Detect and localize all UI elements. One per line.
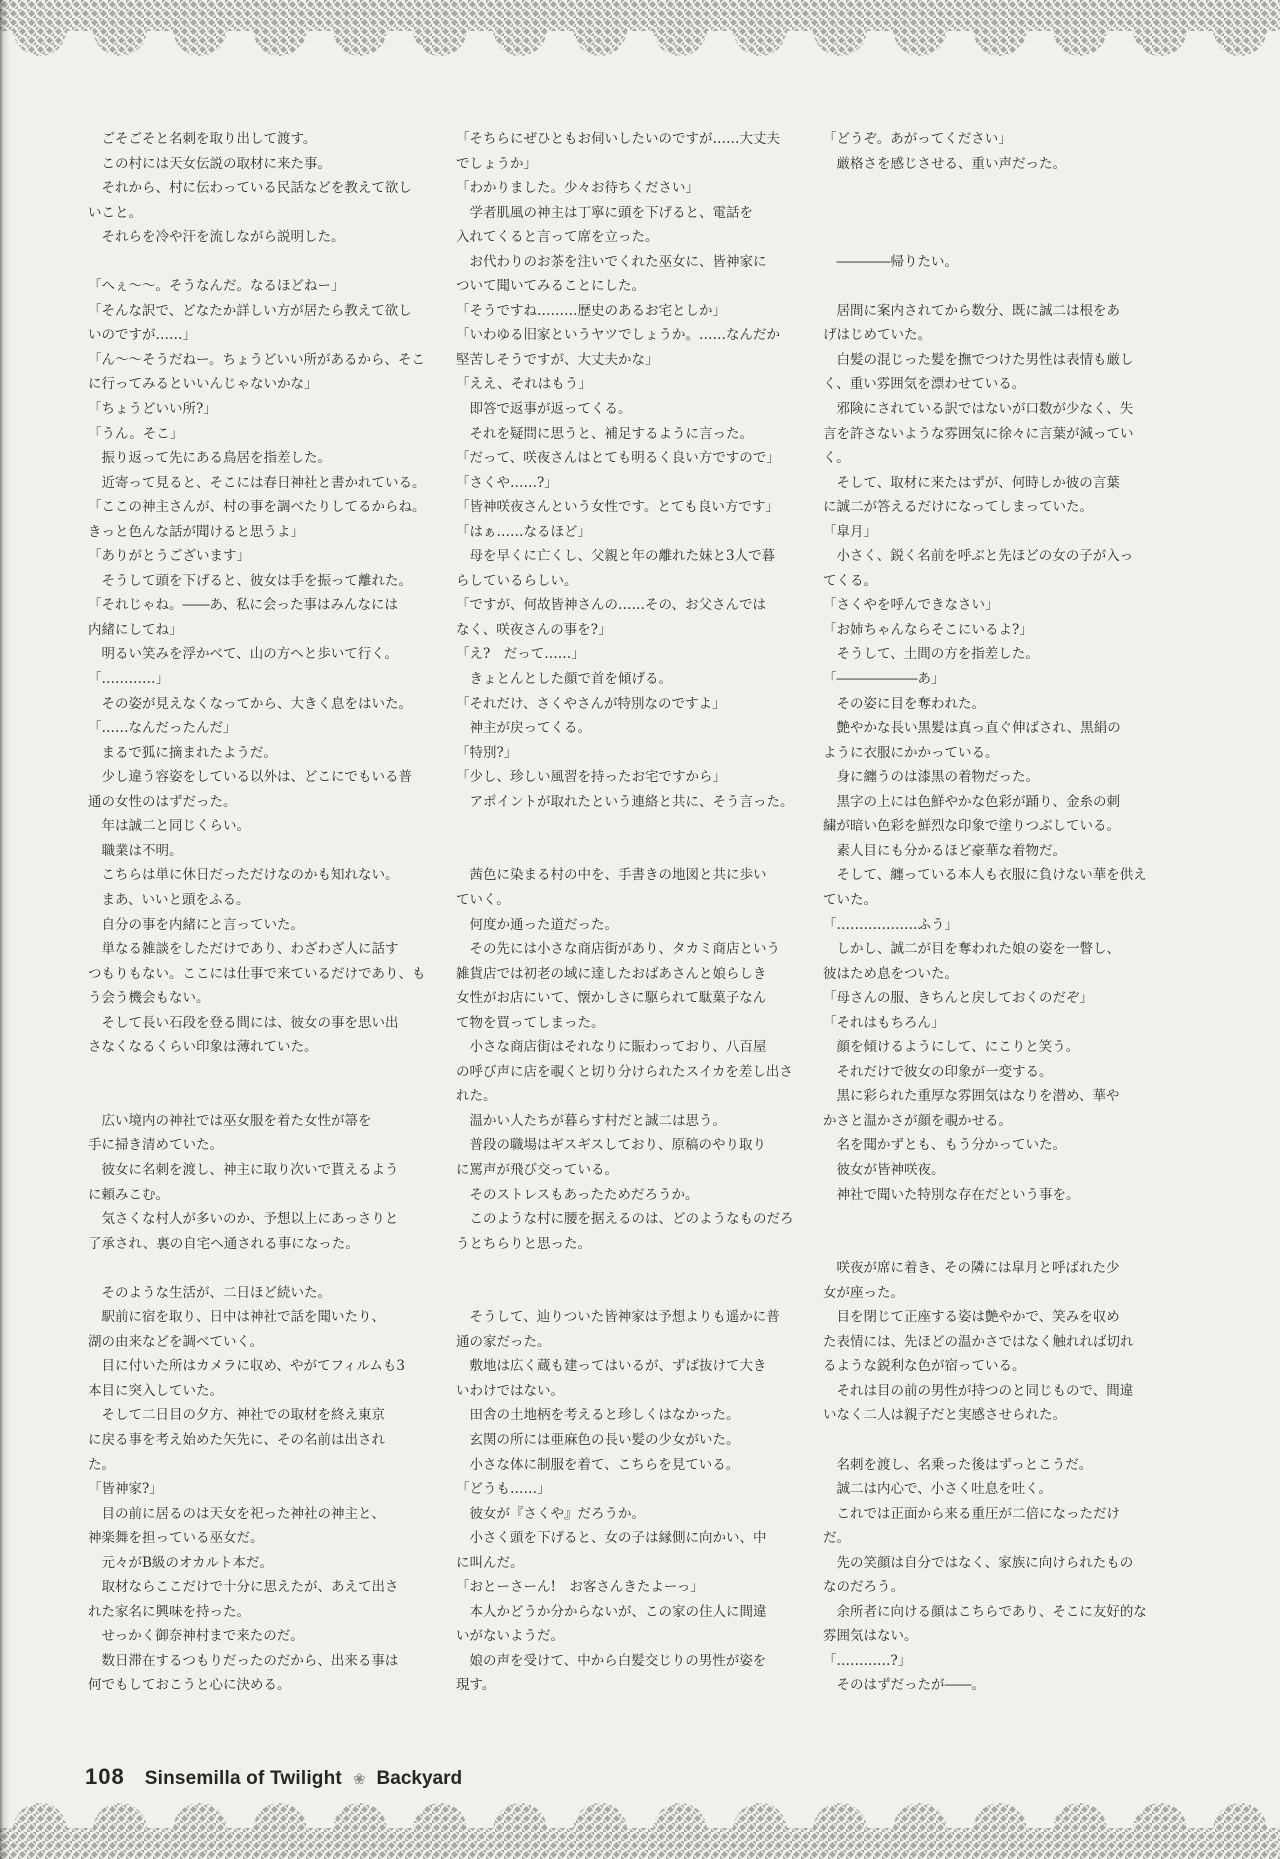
text-line: いなく二人は親子だと実感させられた。 <box>823 1403 1139 1428</box>
text-line: 誠二は内心で、小さく吐息を吐く。 <box>823 1477 1139 1502</box>
text-line: らしているらしい。 <box>456 569 772 594</box>
text-line <box>456 1256 772 1281</box>
text-line: ように衣服にかかっている。 <box>823 741 1139 766</box>
text-line: 彼女に名刺を渡し、神主に取り次いで貰えるよう <box>88 1158 404 1183</box>
text-line: 現す。 <box>456 1673 772 1698</box>
text-line: 白髪の混じった髪を撫でつけた男性は表情も厳し <box>823 348 1139 373</box>
text-line: そうして、辿りついた皆神家は予想よりも遥かに普 <box>456 1305 772 1330</box>
text-line: 黒に彩られた重厚な雰囲気はなりを潜め、華や <box>823 1084 1139 1109</box>
text-line: 「それじゃね。――あ、私に会った事はみんなには <box>88 593 404 618</box>
text-line: そして、纏っている本人も衣服に負けない華を供え <box>823 863 1139 888</box>
text-line: るような鋭利な色が宿っている。 <box>823 1354 1139 1379</box>
text-line: 茜色に染まる村の中を、手書きの地図と共に歩い <box>456 863 772 888</box>
text-line: 少し違う容姿をしている以外は、どこにでもいる普 <box>88 765 404 790</box>
text-line: その姿に目を奪われた。 <box>823 692 1139 717</box>
text-line: いのですが……」 <box>88 323 404 348</box>
text-line: 母を早くに亡くし、父親と年の離れた妹と3人で暮 <box>456 544 772 569</box>
text-line: 入れてくると言って席を立った。 <box>456 225 772 250</box>
text-line: 小さく頭を下げると、女の子は縁側に向かい、中 <box>456 1526 772 1551</box>
text-line: 娘の声を受けて、中から白髪交じりの男性が姿を <box>456 1649 772 1674</box>
text-line: それは目の前の男性が持つのと同じもので、間違 <box>823 1379 1139 1404</box>
text-line: 「――――――あ」 <box>823 667 1139 692</box>
text-line: そうして、土間の方を指差した。 <box>823 642 1139 667</box>
text-line: そのはずだったが――。 <box>823 1673 1139 1698</box>
text-line: た。 <box>88 1453 404 1478</box>
text-line: さなくなるくらい印象は薄れていた。 <box>88 1035 404 1060</box>
text-line: 「ええ、それはもう」 <box>456 372 772 397</box>
text-line: 彼はため息をついた。 <box>823 962 1139 987</box>
book-title: Sinsemilla of Twilight <box>145 1768 342 1790</box>
text-line: 「少し、珍しい風習を持ったお宅ですから」 <box>456 765 772 790</box>
text-line: 明るい笑みを浮かべて、山の方へと歩いて行く。 <box>88 642 404 667</box>
text-line: 本人かどうか分からないが、この家の住人に間違 <box>456 1600 772 1625</box>
page-footer: 108 Sinsemilla of Twilight ❀ Backyard <box>85 1764 462 1790</box>
text-line <box>456 839 772 864</box>
text-line: いこと。 <box>88 201 404 226</box>
text-line: きょとんとした顔で首を傾げる。 <box>456 667 772 692</box>
text-line: 何でもしておこうと心に決める。 <box>88 1673 404 1698</box>
text-line: こちらは単に休日だっただけなのかも知れない。 <box>88 863 404 888</box>
text-line: 駅前に宿を取り、日中は神社で話を聞いたり、 <box>88 1305 404 1330</box>
text-line: 内緒にしてね」 <box>88 618 404 643</box>
text-line <box>456 814 772 839</box>
section-title: Backyard <box>377 1768 463 1790</box>
text-line: に頼みこむ。 <box>88 1183 404 1208</box>
book-page: ごそごそと名刺を取り出して渡す。 この村には天女伝説の取材に来た事。 それから、… <box>0 0 1280 1859</box>
text-line: なく、咲夜さんの事を?」 <box>456 618 772 643</box>
text-line: 「だって、咲夜さんはとても明るく良い方ですので」 <box>456 446 772 471</box>
text-line <box>823 225 1139 250</box>
text-line <box>456 1281 772 1306</box>
text-line: 「皆神家?」 <box>88 1477 404 1502</box>
text-line: 素人目にも分かるほど豪華な着物だ。 <box>823 839 1139 864</box>
text-line: まあ、いいと頭をふる。 <box>88 888 404 913</box>
text-line: これでは正面から来る重圧が二倍になっただけ <box>823 1502 1139 1527</box>
text-line: いわけではない。 <box>456 1379 772 1404</box>
text-line: 神社で聞いた特別な存在だという事を。 <box>823 1183 1139 1208</box>
text-line: 「ありがとうございます」 <box>88 544 404 569</box>
text-line: 本目に突入していた。 <box>88 1379 404 1404</box>
text-line: このような村に腰を据えるのは、どのようなものだろ <box>456 1207 772 1232</box>
text-line: 言を許さないような雰囲気に徐々に言葉が減ってい <box>823 422 1139 447</box>
text-line: それらを冷や汗を流しながら説明した。 <box>88 225 404 250</box>
text-line: 「お姉ちゃんならそこにいるよ?」 <box>823 618 1139 643</box>
text-line: 彼女が皆神咲夜。 <box>823 1158 1139 1183</box>
text-line: 邪険にされている訳ではないが口数が少なく、失 <box>823 397 1139 422</box>
text-line: そうして頭を下げると、彼女は手を振って離れた。 <box>88 569 404 594</box>
text-line: だ。 <box>823 1526 1139 1551</box>
text-line <box>88 1084 404 1109</box>
text-line: 学者肌風の神主は丁寧に頭を下げると、電話を <box>456 201 772 226</box>
text-line: ――――帰りたい。 <box>823 250 1139 275</box>
flower-icon: ❀ <box>353 1770 366 1788</box>
page-edge-shadow <box>0 0 10 1859</box>
text-line: 小さく、鋭く名前を呼ぶと先ほどの女の子が入っ <box>823 544 1139 569</box>
text-line: 目に付いた所はカメラに収め、やがてフィルムも3 <box>88 1354 404 1379</box>
text-line: 広い境内の神社では巫女服を着た女性が箒を <box>88 1109 404 1134</box>
text-line: 「ん～～そうだねー。ちょうどいい所があるから、そこ <box>88 348 404 373</box>
text-line <box>823 201 1139 226</box>
text-line: 「ここの神主さんが、村の事を調べたりしてるからね。 <box>88 495 404 520</box>
text-line: 「皆神咲夜さんという女性です。とても良い方です」 <box>456 495 772 520</box>
text-line: きっと色んな話が聞けると思うよ」 <box>88 520 404 545</box>
text-line: 「それはもちろん」 <box>823 1011 1139 1036</box>
text-line: 取材ならここだけで十分に思えたが、あえて出さ <box>88 1575 404 1600</box>
text-line <box>823 1207 1139 1232</box>
lace-border-top <box>0 0 1280 56</box>
text-line: 女性がお店にいて、懐かしさに駆られて駄菓子なん <box>456 986 772 1011</box>
text-line: 即答で返事が返ってくる。 <box>456 397 772 422</box>
text-line: そのストレスもあったためだろうか。 <box>456 1183 772 1208</box>
text-line: ごそごそと名刺を取り出して渡す。 <box>88 127 404 152</box>
text-line: この村には天女伝説の取材に来た事。 <box>88 152 404 177</box>
text-line: 小さな商店街はそれなりに賑わっており、八百屋 <box>456 1035 772 1060</box>
text-line: 「ですが、何故皆神さんの……その、お父さんでは <box>456 593 772 618</box>
text-line: 振り返って先にある鳥居を指差した。 <box>88 446 404 471</box>
text-line: せっかく御奈神村まで来たのだ。 <box>88 1624 404 1649</box>
text-line: 気さくな村人が多いのか、予想以上にあっさりと <box>88 1207 404 1232</box>
text-line: 黒字の上には色鮮やかな色彩が踊り、金糸の刺 <box>823 790 1139 815</box>
text-line: 「そうですね………歴史のあるお宅としか」 <box>456 299 772 324</box>
text-line: それから、村に伝わっている民話などを教えて欲し <box>88 176 404 201</box>
text-line: げはじめていた。 <box>823 323 1139 348</box>
text-line: でしょうか」 <box>456 152 772 177</box>
text-line: 女が座った。 <box>823 1281 1139 1306</box>
text-line: 目の前に居るのは天女を祀った神社の神主と、 <box>88 1502 404 1527</box>
text-line: その先には小さな商店街があり、タカミ商店という <box>456 937 772 962</box>
text-column-2: 「そちらにぜひともお伺いしたいのですが……大丈夫でしょうか」「わかりました。少々… <box>456 127 772 1698</box>
text-line: 目を閉じて正座する姿は艶やかで、笑みを収め <box>823 1305 1139 1330</box>
text-line: 手に掃き清めていた。 <box>88 1133 404 1158</box>
text-line: 普段の職場はギスギスしており、原稿のやり取り <box>456 1133 772 1158</box>
text-line: 「え? だって……」 <box>456 642 772 667</box>
text-line <box>88 250 404 275</box>
text-line: 堅苦しそうですが、大丈夫かな」 <box>456 348 772 373</box>
text-line: た表情には、先ほどの温かさではなく触れれば切れ <box>823 1330 1139 1355</box>
text-line: く、重い雰囲気を漂わせている。 <box>823 372 1139 397</box>
text-line: 湖の由来などを調べていく。 <box>88 1330 404 1355</box>
text-line <box>823 274 1139 299</box>
text-line: 元々がB級のオカルト本だ。 <box>88 1551 404 1576</box>
text-line: そして、取材に来たはずが、何時しか彼の言葉 <box>823 471 1139 496</box>
text-line: ていく。 <box>456 888 772 913</box>
text-line: それだけで彼女の印象が一変する。 <box>823 1060 1139 1085</box>
text-line: に誠二が答えるだけになってしまっていた。 <box>823 495 1139 520</box>
text-line: 厳格さを感じさせる、重い声だった。 <box>823 152 1139 177</box>
text-line: お代わりのお茶を注いでくれた巫女に、皆神家に <box>456 250 772 275</box>
text-line: 職業は不明。 <box>88 839 404 864</box>
lace-border-bottom <box>0 1803 1280 1859</box>
text-line: 玄関の所には亜麻色の長い髪の少女がいた。 <box>456 1428 772 1453</box>
text-line: 「おとーさーん! お客さんきたよーっ」 <box>456 1575 772 1600</box>
text-line: れた。 <box>456 1084 772 1109</box>
text-line: 通の女性のはずだった。 <box>88 790 404 815</box>
text-line: 何度か通った道だった。 <box>456 913 772 938</box>
text-line: 「うん。そこ」 <box>88 422 404 447</box>
text-line: 居間に案内されてから数分、既に誠二は根をあ <box>823 299 1139 324</box>
text-line: 了承され、裏の自宅へ通される事になった。 <box>88 1232 404 1257</box>
page-number: 108 <box>85 1764 125 1790</box>
text-line: 小さな体に制服を着て、こちらを見ている。 <box>456 1453 772 1478</box>
text-line: 顔を傾けるようにして、にこりと笑う。 <box>823 1035 1139 1060</box>
text-line: 通の家だった。 <box>456 1330 772 1355</box>
text-line: 近寄って見ると、そこには春日神社と書かれている。 <box>88 471 404 496</box>
text-line: 「…………?」 <box>823 1649 1139 1674</box>
text-line: 「さくやを呼んできなさい」 <box>823 593 1139 618</box>
text-line: かさと温かさが顔を覗かせる。 <box>823 1109 1139 1134</box>
text-line: 「どうも……」 <box>456 1477 772 1502</box>
text-line: その姿が見えなくなってから、大きく息をはいた。 <box>88 692 404 717</box>
text-line: 「どうぞ。あがってください」 <box>823 127 1139 152</box>
text-line: 自分の事を内緒にと言っていた。 <box>88 913 404 938</box>
text-line <box>823 176 1139 201</box>
text-line: く。 <box>823 446 1139 471</box>
text-line: に罵声が飛び交っている。 <box>456 1158 772 1183</box>
text-line <box>823 1232 1139 1257</box>
text-line: 神楽舞を担っている巫女だ。 <box>88 1526 404 1551</box>
text-line: 先の笑顔は自分ではなく、家族に向けられたもの <box>823 1551 1139 1576</box>
text-column-3: 「どうぞ。あがってください」 厳格さを感じさせる、重い声だった。 ――――帰りた… <box>823 127 1139 1698</box>
text-line: 「…………」 <box>88 667 404 692</box>
text-line: 「はぁ……なるほど」 <box>456 520 772 545</box>
text-line: 田舎の土地柄を考えると珍しくはなかった。 <box>456 1403 772 1428</box>
text-line: 「いわゆる旧家というヤツでしょうか。……なんだか <box>456 323 772 348</box>
text-line: 名を聞かずとも、もう分かっていた。 <box>823 1133 1139 1158</box>
text-line: の呼び声に店を覗くと切り分けられたスイカを差し出さ <box>456 1060 772 1085</box>
text-line: 繍が暗い色彩を鮮烈な印象で塗りつぶしている。 <box>823 814 1139 839</box>
text-line: 「それだけ、さくやさんが特別なのですよ」 <box>456 692 772 717</box>
text-line: に戻る事を考え始めた矢先に、その名前は出され <box>88 1428 404 1453</box>
text-line: そして長い石段を登る間には、彼女の事を思い出 <box>88 1011 404 1036</box>
text-line: なのだろう。 <box>823 1575 1139 1600</box>
text-line: 数日滞在するつもりだったのだから、出来る事は <box>88 1649 404 1674</box>
text-line: アポイントが取れたという連絡と共に、そう言った。 <box>456 790 772 815</box>
text-line <box>823 1428 1139 1453</box>
text-line: そして二日目の夕方、神社での取材を終え東京 <box>88 1403 404 1428</box>
text-line: 「皐月」 <box>823 520 1139 545</box>
text-line: 単なる雑談をしただけであり、わざわざ人に話す <box>88 937 404 962</box>
text-line: 名刺を渡し、名乗った後はずっとこうだ。 <box>823 1453 1139 1478</box>
text-line: 「へぇ～～。そうなんだ。なるほどねー」 <box>88 274 404 299</box>
text-line: いがないようだ。 <box>456 1624 772 1649</box>
text-line: てくる。 <box>823 569 1139 594</box>
text-line: まるで狐に摘まれたようだ。 <box>88 741 404 766</box>
text-line: に叫んだ。 <box>456 1551 772 1576</box>
text-line <box>88 1060 404 1085</box>
text-line: うとちらりと思った。 <box>456 1232 772 1257</box>
text-line: れた家名に興味を持った。 <box>88 1600 404 1625</box>
text-line: ついて聞いてみることにした。 <box>456 274 772 299</box>
text-line: 「そんな訳で、どなたか詳しい方が居たら教えて欲し <box>88 299 404 324</box>
text-line: 神主が戻ってくる。 <box>456 716 772 741</box>
text-line: 温かい人たちが暮らす村だと誠二は思う。 <box>456 1109 772 1134</box>
text-line: う会う機会もない。 <box>88 986 404 1011</box>
text-line: ていた。 <box>823 888 1139 913</box>
text-line: 「わかりました。少々お待ちください」 <box>456 176 772 201</box>
text-line: 艶やかな長い黒髪は真っ直ぐ伸ばされ、黒絹の <box>823 716 1139 741</box>
text-line: 「母さんの服、きちんと戻しておくのだぞ」 <box>823 986 1139 1011</box>
text-line: 「特別?」 <box>456 741 772 766</box>
text-line: 「………………ふう」 <box>823 913 1139 938</box>
text-line: 「……なんだったんだ」 <box>88 716 404 741</box>
text-line: 身に纏うのは漆黒の着物だった。 <box>823 765 1139 790</box>
text-line: 咲夜が席に着き、その隣には皐月と呼ばれた少 <box>823 1256 1139 1281</box>
text-line: 雰囲気はない。 <box>823 1624 1139 1649</box>
text-line: それを疑問に思うと、補足するように言った。 <box>456 422 772 447</box>
text-line: 余所者に向ける顔はこちらであり、そこに友好的な <box>823 1600 1139 1625</box>
text-line: 彼女が『さくや』だろうか。 <box>456 1502 772 1527</box>
text-line: 敷地は広く蔵も建ってはいるが、ずば抜けて大き <box>456 1354 772 1379</box>
text-line: に行ってみるといいんじゃないかな」 <box>88 372 404 397</box>
text-line: そのような生活が、二日ほど続いた。 <box>88 1281 404 1306</box>
text-line: 「ちょうどいい所?」 <box>88 397 404 422</box>
text-line: 「さくや……?」 <box>456 471 772 496</box>
text-line: て物を買ってしまった。 <box>456 1011 772 1036</box>
text-line: しかし、誠二が目を奪われた娘の姿を一瞥し、 <box>823 937 1139 962</box>
text-line: つもりもない。ここには仕事で来ているだけであり、も <box>88 962 404 987</box>
text-line: 雑貨店では初老の域に達したおばあさんと娘らしき <box>456 962 772 987</box>
text-column-1: ごそごそと名刺を取り出して渡す。 この村には天女伝説の取材に来た事。 それから、… <box>88 127 404 1698</box>
text-line: 「そちらにぜひともお伺いしたいのですが……大丈夫 <box>456 127 772 152</box>
text-line: 年は誠二と同じくらい。 <box>88 814 404 839</box>
text-line <box>88 1256 404 1281</box>
